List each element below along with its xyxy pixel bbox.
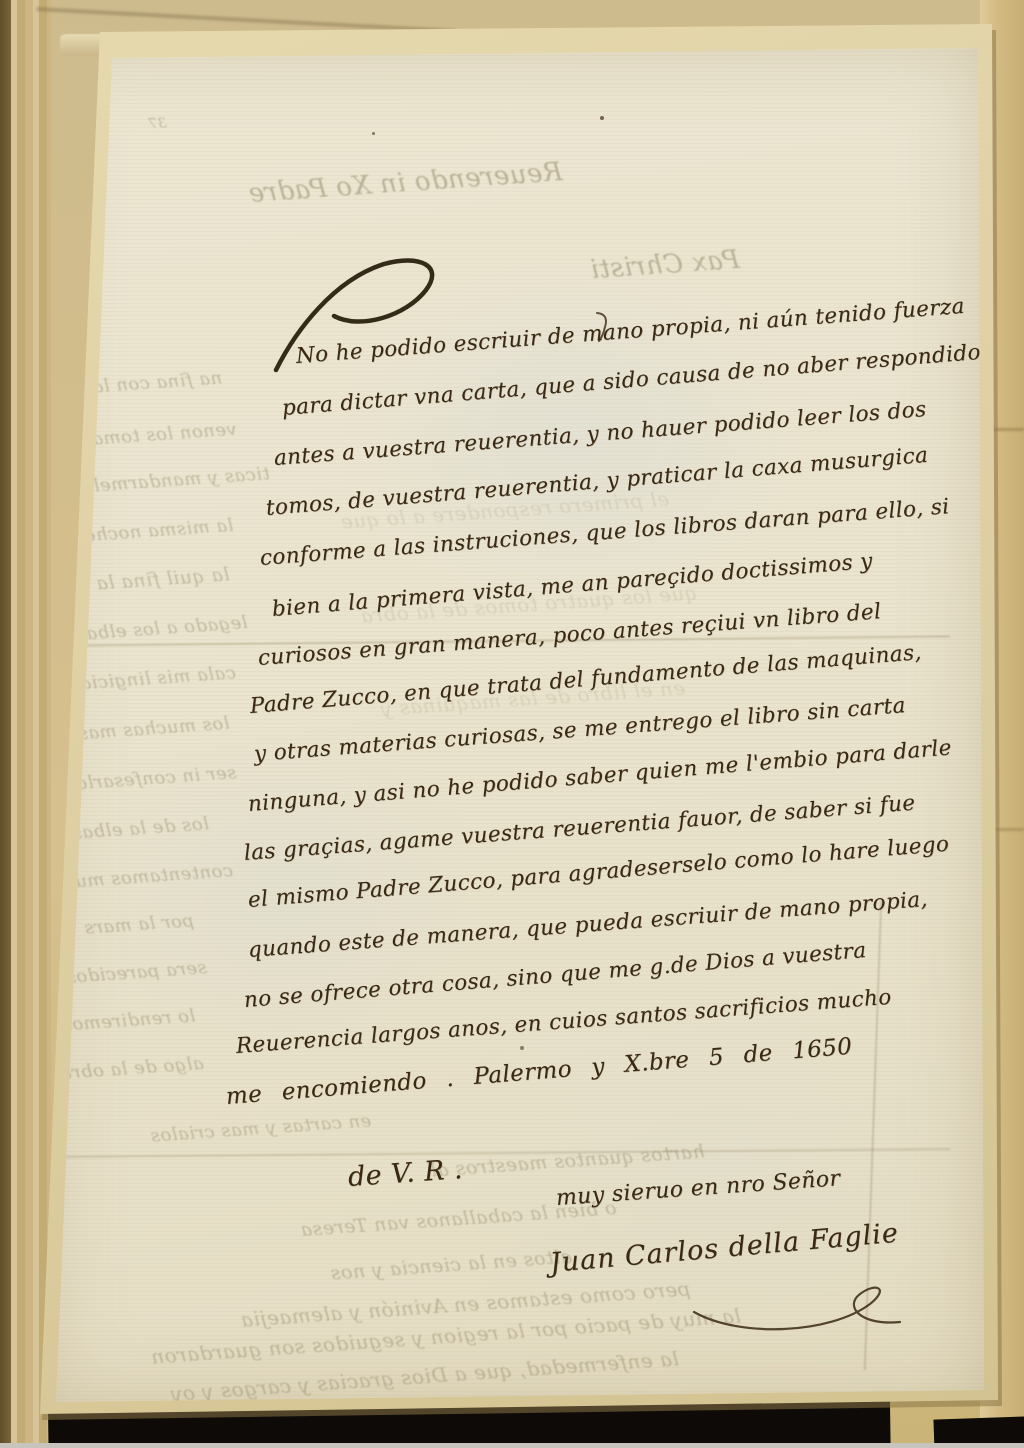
folio-number-bleedthrough: 37 — [147, 115, 167, 132]
manuscript-scan: 37 Reuerendo in Xo Padre Pax Christi na … — [0, 0, 1024, 1448]
paper-speck — [520, 1046, 524, 1050]
letter-page: 37 Reuerendo in Xo Padre Pax Christi na … — [0, 0, 1024, 1448]
signature-flourish — [690, 1282, 940, 1342]
binding-tan-strip — [11, 0, 51, 1448]
scan-bottom-edge — [0, 1443, 1024, 1448]
paper-speck — [372, 132, 375, 135]
binding-edge — [0, 0, 11, 1448]
paper-speck — [600, 116, 604, 120]
